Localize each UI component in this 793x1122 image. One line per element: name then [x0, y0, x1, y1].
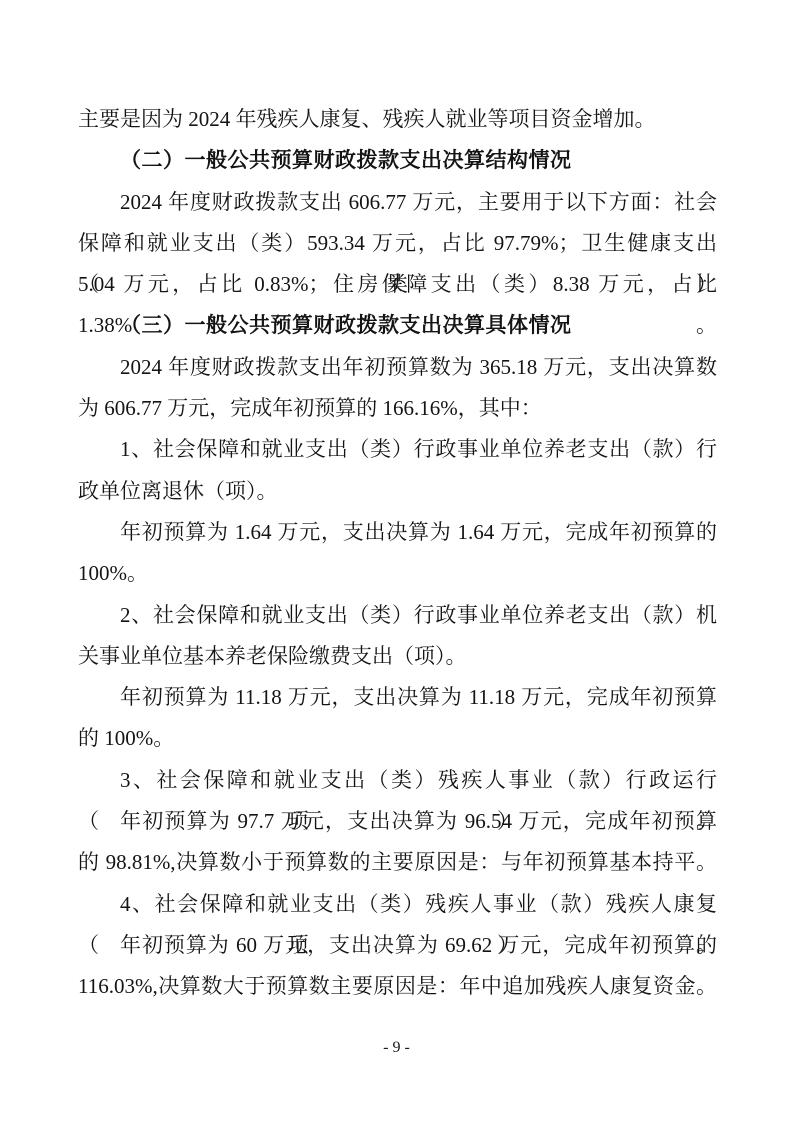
- document-page: 主要是因为 2024 年残疾人康复、残疾人就业等项目资金增加。 （二）一般公共预…: [0, 0, 793, 1122]
- text-line: 的 100%。: [78, 718, 717, 759]
- text-line: 116.03%,决算数大于预算数主要原因是：年中追加残疾人康复资金。: [78, 966, 717, 1007]
- text-line: 1、社会保障和就业支出（类）行政事业单位养老支出（款）行: [78, 429, 717, 470]
- text-line: 2、社会保障和就业支出（类）行政事业单位养老支出（款）机: [78, 595, 717, 636]
- text-line: 保障和就业支出（类）593.34 万元，占比 97.79%；卫生健康支出（类）: [78, 223, 717, 264]
- text-line: 4、社会保障和就业支出（类）残疾人事业（款）残疾人康复（项）。: [78, 884, 717, 925]
- text-line: 100%。: [78, 553, 717, 594]
- section-heading: （二）一般公共预算财政拨款支出决算结构情况: [78, 140, 717, 181]
- text-line: 为 606.77 万元，完成年初预算的 166.16%，其中：: [78, 388, 717, 429]
- text-line: 主要是因为 2024 年残疾人康复、残疾人就业等项目资金增加。: [78, 99, 717, 140]
- page-number: - 9 -: [0, 1036, 793, 1060]
- text-line: 3、社会保障和就业支出（类）残疾人事业（款）行政运行（项）。: [78, 760, 717, 801]
- text-line: 2024 年度财政拨款支出年初预算数为 365.18 万元，支出决算数: [78, 347, 717, 388]
- text-line: 5.04 万元，占比 0.83%；住房保障支出（类）8.38 万元，占比 1.3…: [78, 264, 717, 305]
- text-line: 2024 年度财政拨款支出 606.77 万元，主要用于以下方面：社会: [78, 182, 717, 223]
- text-line: 的 98.81%,决算数小于预算数的主要原因是：与年初预算基本持平。: [78, 842, 717, 883]
- document-body: 主要是因为 2024 年残疾人康复、残疾人就业等项目资金增加。 （二）一般公共预…: [78, 99, 717, 1008]
- text-line: 年初预算为 1.64 万元，支出决算为 1.64 万元，完成年初预算的: [78, 512, 717, 553]
- text-line: 年初预算为 11.18 万元，支出决算为 11.18 万元，完成年初预算: [78, 677, 717, 718]
- text-line: 年初预算为 60 万元，支出决算为 69.62 万元，完成年初预算的: [78, 925, 717, 966]
- text-line: 关事业单位基本养老保险缴费支出（项）。: [78, 636, 717, 677]
- text-line: 政单位离退休（项）。: [78, 471, 717, 512]
- text-line: 年初预算为 97.7 万元，支出决算为 96.54 万元，完成年初预算: [78, 801, 717, 842]
